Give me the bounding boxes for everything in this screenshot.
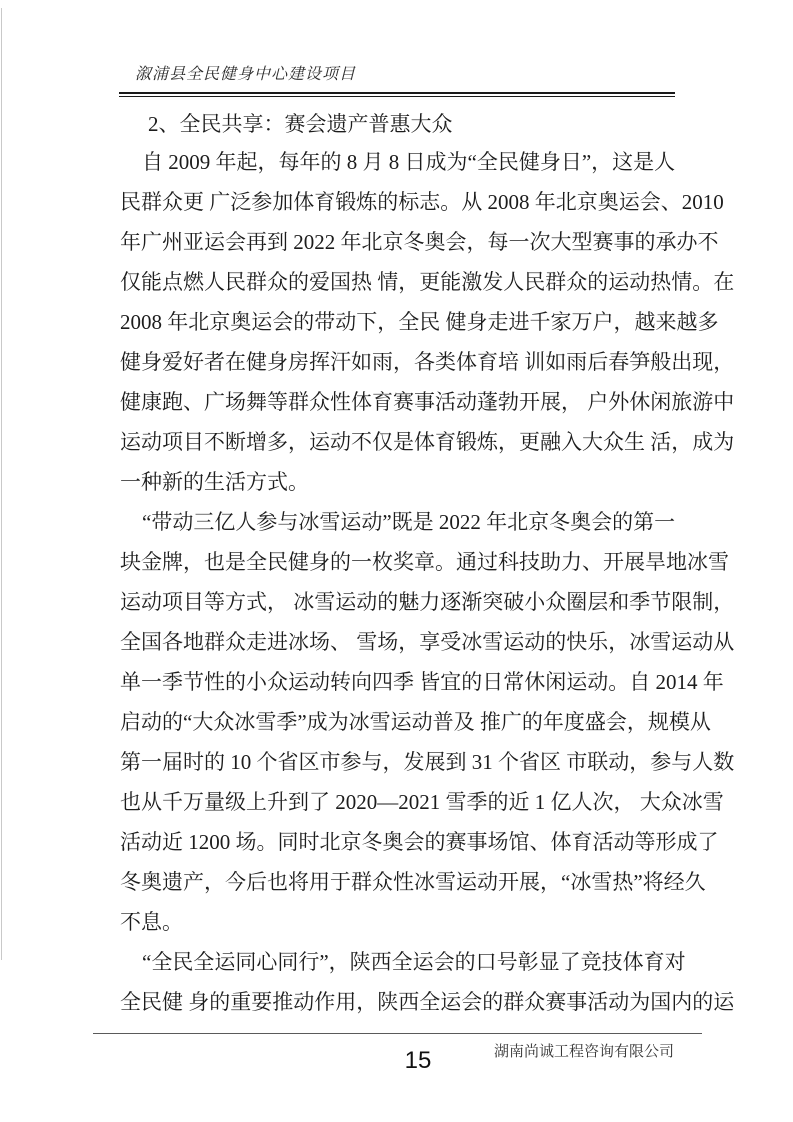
body-line: 运动项目不断增多，运动不仅是体育锻炼，更融入大众生 活，成为 <box>120 422 674 462</box>
body-line: 不息。 <box>120 902 674 942</box>
body-line: 2008 年北京奥运会的带动下，全民 健身走进千家万户，越来越多 <box>120 302 674 342</box>
body-line: 全民健 身的重要推动作用，陕西全运会的群众赛事活动为国内的运 <box>120 982 674 1022</box>
body-line: 民群众更 广泛参加体育锻炼的标志。从 2008 年北京奥运会、2010 <box>120 182 674 222</box>
header-divider <box>119 92 675 97</box>
document-page: 溆浦县全民健身中心建设项目 2、全民共享：赛会遗产普惠大众 自 2009 年起，… <box>0 0 793 1122</box>
body-line: 一种新的生活方式。 <box>120 462 674 502</box>
section-heading: 2、全民共享：赛会遗产普惠大众 <box>120 106 674 142</box>
body-line: 也从千万量级上升到了 2020—2021 雪季的近 1 亿人次， 大众冰雪 <box>120 782 674 822</box>
header-project-title: 溆浦县全民健身中心建设项目 <box>135 62 555 88</box>
body-line: 单一季节性的小众运动转向四季 皆宜的日常休闲运动。自 2014 年 <box>120 662 674 702</box>
body-line: “全民全运同心同行”，陕西全运会的口号彰显了竞技体育对 <box>120 942 674 982</box>
document-body: 2、全民共享：赛会遗产普惠大众 自 2009 年起，每年的 8 月 8 日成为“… <box>120 106 674 1022</box>
body-line: 运动项目等方式， 冰雪运动的魅力逐渐突破小众圈层和季节限制， <box>120 582 674 622</box>
body-line: 仅能点燃人民群众的爱国热 情，更能激发人民群众的运动热情。在 <box>120 262 674 302</box>
body-line: “带动三亿人参与冰雪运动”既是 2022 年北京冬奥会的第一 <box>120 502 674 542</box>
body-line: 全国各地群众走进冰场、 雪场，享受冰雪运动的快乐，冰雪运动从 <box>120 622 674 662</box>
body-line: 自 2009 年起，每年的 8 月 8 日成为“全民健身日”，这是人 <box>120 142 674 182</box>
body-line: 健康跑、广场舞等群众性体育赛事活动蓬勃开展， 户外休闲旅游中 <box>120 382 674 422</box>
body-line: 第一届时的 10 个省区市参与，发展到 31 个省区 市联动，参与人数 <box>120 742 674 782</box>
page-edge-line <box>1 8 2 960</box>
body-line: 块金牌，也是全民健身的一枚奖章。通过科技助力、开展旱地冰雪 <box>120 542 674 582</box>
body-line: 年广州亚运会再到 2022 年北京冬奥会，每一次大型赛事的承办不 <box>120 222 674 262</box>
body-line: 健身爱好者在健身房挥汗如雨，各类体育培 训如雨后春笋般出现， <box>120 342 674 382</box>
footer-company-name: 湖南尚诚工程咨询有限公司 <box>400 1042 674 1062</box>
page-number: 15 <box>396 1046 440 1076</box>
body-line: 活动近 1200 场。同时北京冬奥会的赛事场馆、体育活动等形成了 <box>120 822 674 862</box>
body-line: 冬奥遗产，今后也将用于群众性冰雪运动开展，“冰雪热”将经久 <box>120 862 674 902</box>
body-line: 启动的“大众冰雪季”成为冰雪运动普及 推广的年度盛会，规模从 <box>120 702 674 742</box>
footer-divider <box>93 1033 702 1034</box>
